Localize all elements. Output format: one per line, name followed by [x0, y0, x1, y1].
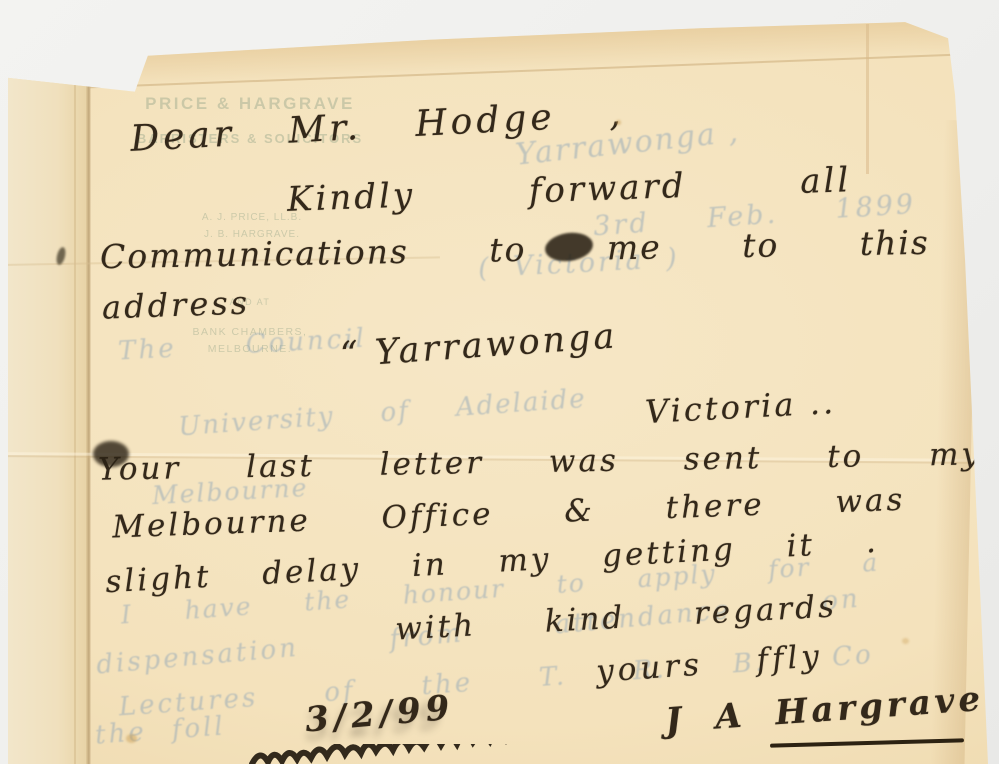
foxing-spot: [616, 120, 621, 125]
body-line-6: Your last letter was sent to my: [98, 436, 983, 487]
letter-paper-sheet: PRICE & HARGRAVE BARRISTERS & SOLICITORS…: [0, 0, 999, 764]
body-line-3: address: [101, 283, 250, 326]
cutoff-handwriting-strokes: [248, 744, 678, 764]
scanned-letter-page: PRICE & HARGRAVE BARRISTERS & SOLICITORS…: [0, 0, 999, 764]
foxing-spot: [126, 734, 137, 743]
top-vertical-crease: [866, 24, 869, 174]
left-page-edge-strip: [8, 58, 90, 764]
left-vertical-crease-faint: [74, 70, 76, 764]
body-line-4-quoted-placename: “ Yarrawonga: [339, 316, 619, 375]
ghost-addressee: The Council: [117, 324, 367, 367]
ghost-body-line-4: the foll: [94, 711, 227, 750]
ghost-institution: University of Adelaide: [177, 384, 587, 442]
body-line-5-state: Victoria ..: [644, 383, 837, 431]
ink-blot-paragraph-start: [93, 441, 129, 467]
top-fold-shading: [0, 0, 999, 92]
foxing-spot: [902, 638, 909, 644]
dark-mark-top-edge: [864, 0, 880, 7]
left-vertical-crease: [86, 60, 91, 764]
closing-yours: yours ffly: [595, 638, 824, 690]
